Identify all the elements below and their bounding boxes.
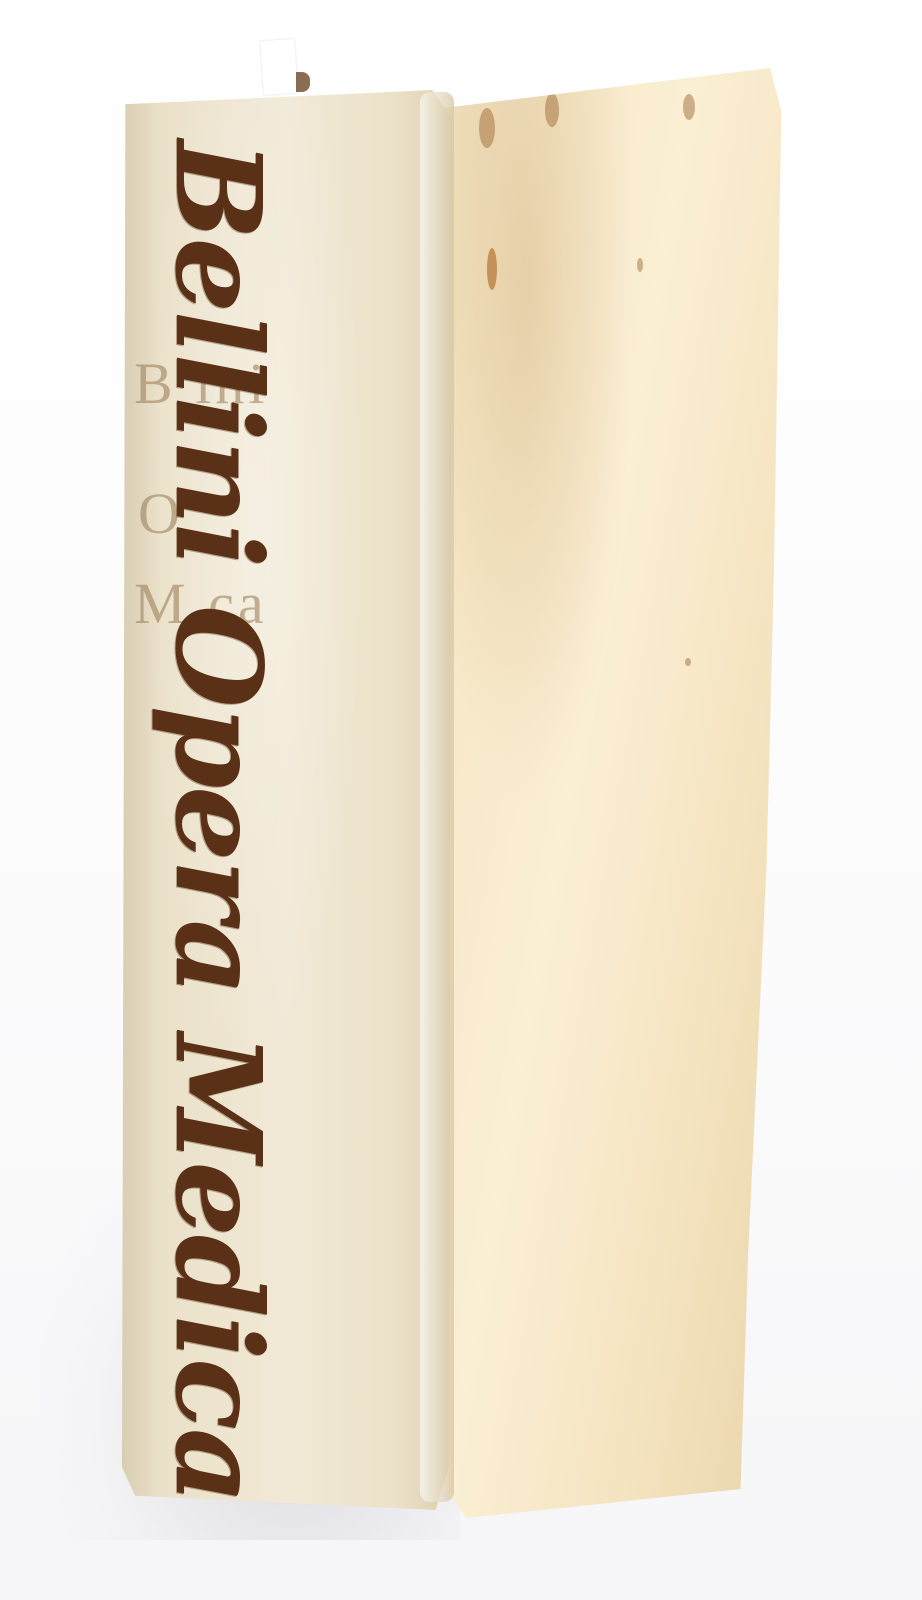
cover-stain — [545, 93, 559, 127]
paper-label-tag — [260, 39, 298, 95]
cover-stain — [683, 94, 695, 120]
cover-stain — [685, 658, 691, 666]
cover-stain — [479, 108, 495, 148]
cover-stain — [487, 248, 497, 290]
cover-stain — [637, 258, 643, 272]
spine-title-text: Bellini Opera Medica — [149, 140, 288, 1502]
spine-hinge — [420, 92, 454, 1502]
photo-background: B ini O M ca Bellini Opera Medica — [0, 0, 922, 1600]
book-front-cover — [415, 68, 785, 1518]
tag-shadow — [296, 72, 310, 92]
